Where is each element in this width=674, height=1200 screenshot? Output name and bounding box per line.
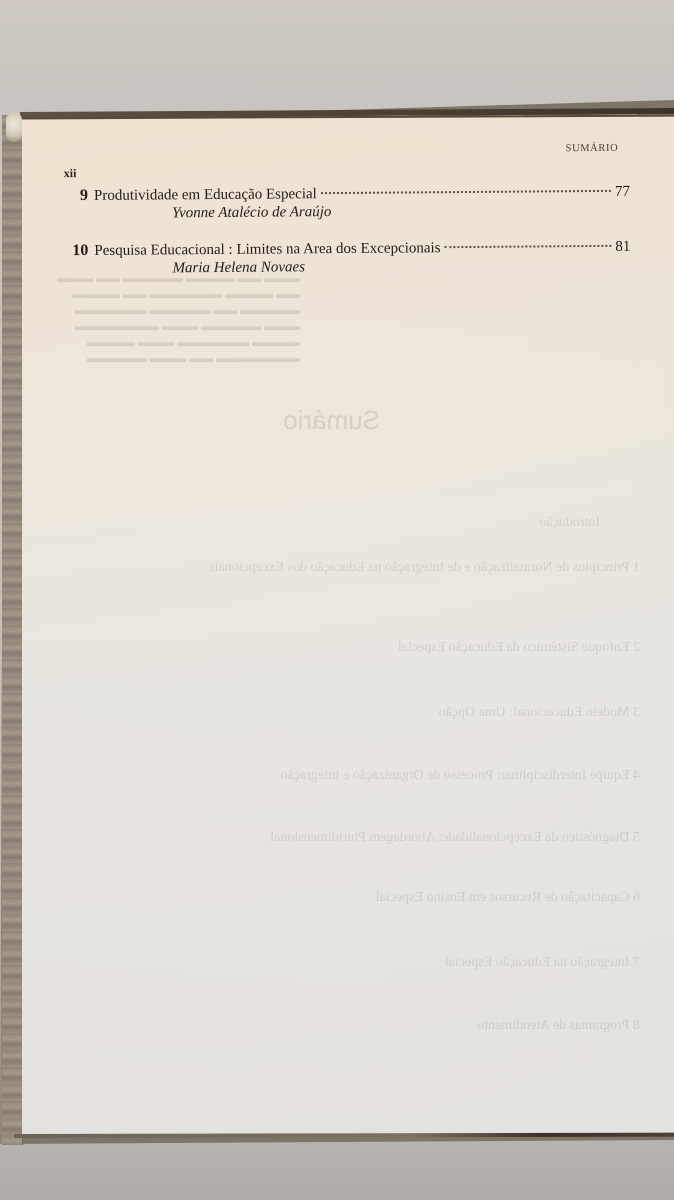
toc-entry: 9 Produtividade em Educação Especial 77 … [60,183,630,223]
page-content: SUMÁRIO xii 9 Produtividade em Educação … [0,0,674,1200]
chapter-page: 81 [615,239,630,256]
dot-leader [321,190,611,194]
dot-leader [445,245,612,248]
chapter-number: 10 [60,242,88,260]
chapter-title: Pesquisa Educacional : Limites na Area d… [94,240,440,260]
chapter-page: 77 [615,184,630,201]
running-head: SUMÁRIO [566,143,619,154]
chapter-number: 9 [60,187,88,205]
chapter-title: Produtividade em Educação Especial [94,186,317,205]
toc-entry: 10 Pesquisa Educacional : Limites na Are… [60,238,630,278]
chapter-author: Yvonne Atalécio de Araújo [172,202,630,223]
page-number-roman: xii [64,166,77,181]
chapter-author: Maria Helena Novaes [172,257,630,278]
